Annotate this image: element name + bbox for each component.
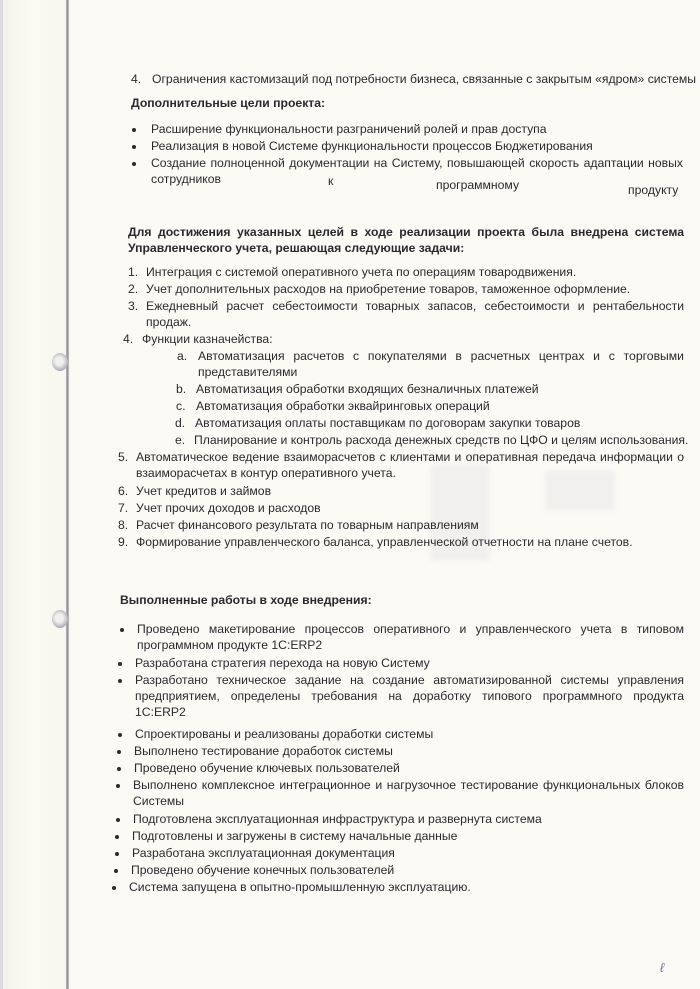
- work-item-text: программном продукте 1С:ERP2: [137, 638, 322, 653]
- treasury-subitem-letter: a.: [177, 349, 187, 364]
- tasks-heading-line-2: Управленческого учета, решающая следующи…: [128, 241, 464, 256]
- list-marker: 4.: [131, 72, 141, 87]
- work-item-text: Спроектированы и реализованы доработки с…: [135, 727, 433, 742]
- work-item-text: Подготовлена эксплуатационная инфраструк…: [133, 812, 542, 827]
- task-text: Учет дополнительных расходов на приобрет…: [146, 282, 630, 297]
- signature-mark: ℓ: [660, 960, 664, 975]
- bullet-icon: [115, 835, 119, 839]
- works-heading: Выполненные работы в ходе внедрения:: [120, 593, 372, 608]
- work-item-text: предприятием, определены требования на д…: [135, 689, 684, 704]
- goal-item-wrap-word: продукту: [628, 183, 678, 198]
- bullet-icon: [118, 733, 122, 737]
- work-item-text: Разработана эксплуатационная документаци…: [132, 846, 395, 861]
- work-item-text: Подготовлены и загружены в систему начал…: [132, 829, 457, 844]
- goal-item: Создание полноценной документации на Сис…: [151, 156, 683, 171]
- task-number: 3.: [128, 299, 138, 314]
- work-item-text: Проведено обучение конечных пользователе…: [131, 863, 394, 878]
- intro-item-text: Ограничения кастомизаций под потребности…: [152, 72, 696, 87]
- work-item-text: Системы: [133, 794, 184, 809]
- bullet-icon: [115, 852, 119, 856]
- treasury-subitem-text: Автоматизация обработки входящих безнали…: [196, 382, 539, 397]
- treasury-subitem-letter: e.: [175, 433, 185, 448]
- task-text: Интеграция с системой оперативного учета…: [146, 265, 576, 280]
- task-number: 4.: [123, 332, 133, 347]
- task-number: 2.: [128, 282, 138, 297]
- task-text: Функции казначейства:: [142, 332, 273, 347]
- bullet-icon: [114, 869, 118, 873]
- work-item-text: Проведено обучение ключевых пользователе…: [134, 761, 400, 776]
- goal-item-wrap-word: сотрудников: [151, 172, 221, 187]
- tasks-heading-line-1: Для достижения указанных целей в ходе ре…: [128, 225, 684, 240]
- work-item-text: Выполнено комплексное интеграционное и н…: [133, 778, 684, 793]
- task-text: Учет прочих доходов и расходов: [136, 501, 321, 516]
- treasury-subitem-text: Автоматизация расчетов с покупателями в …: [198, 349, 684, 364]
- treasury-subitem-text: Автоматизация оплаты поставщикам по дого…: [195, 416, 580, 431]
- task-number: 7.: [118, 501, 128, 516]
- task-text: Автоматическое ведение взаиморасчетов с …: [136, 450, 684, 465]
- treasury-subitem-letter: c.: [176, 399, 185, 414]
- bullet-icon: [117, 767, 121, 771]
- bullet-icon: [118, 662, 122, 666]
- bullet-icon: [132, 128, 136, 132]
- treasury-subitem-letter: b.: [176, 382, 186, 397]
- bullet-icon: [117, 750, 121, 754]
- bullet-icon: [116, 784, 120, 788]
- task-number: 9.: [118, 535, 128, 550]
- work-item-text: Разработано техническое задание на созда…: [135, 673, 684, 688]
- goal-item-wrap-word: программному: [436, 178, 519, 193]
- task-number: 1.: [128, 265, 138, 280]
- additional-goals-heading: Дополнительные цели проекта:: [131, 96, 325, 111]
- task-number: 6.: [118, 484, 128, 499]
- bullet-icon: [116, 818, 120, 822]
- task-number: 5.: [118, 450, 128, 465]
- task-number: 8.: [118, 518, 128, 533]
- bullet-icon: [118, 679, 122, 683]
- bullet-icon: [112, 886, 116, 890]
- goal-item-wrap-word: к: [328, 174, 333, 189]
- work-item-text: Система запущена в опытно-промышленную э…: [129, 880, 471, 895]
- goal-item: Реализация в новой Системе функционально…: [151, 139, 593, 154]
- work-item-text: Выполнено тестирование доработок системы: [134, 744, 393, 759]
- task-text: Формирование управленческого баланса, уп…: [136, 535, 633, 550]
- task-text: продаж.: [146, 315, 191, 330]
- goal-item: Расширение функциональности разграничени…: [151, 122, 547, 137]
- document-page: 4. Ограничения кастомизаций под потребно…: [0, 0, 700, 989]
- treasury-subitem-text: Автоматизация обработки эквайринговых оп…: [196, 399, 490, 414]
- task-text: Расчет финансового результата по товарны…: [136, 518, 479, 533]
- work-item-text: Разработана стратегия перехода на новую …: [135, 656, 430, 671]
- task-text: взаиморасчетах в контур оперативного уче…: [136, 466, 396, 481]
- bullet-icon: [120, 628, 124, 632]
- bullet-icon: [132, 162, 136, 166]
- bullet-icon: [132, 145, 136, 149]
- treasury-subitem-letter: d.: [175, 416, 185, 431]
- treasury-subitem-text: Планирование и контроль расхода денежных…: [194, 433, 688, 448]
- task-text: Ежедневный расчет себестоимости товарных…: [146, 299, 684, 314]
- treasury-subitem-text: представителями: [198, 365, 297, 380]
- task-text: Учет кредитов и займов: [136, 484, 271, 499]
- work-item-text: 1С:ERP2: [135, 705, 186, 720]
- work-item-text: Проведено макетирование процессов операт…: [137, 622, 684, 637]
